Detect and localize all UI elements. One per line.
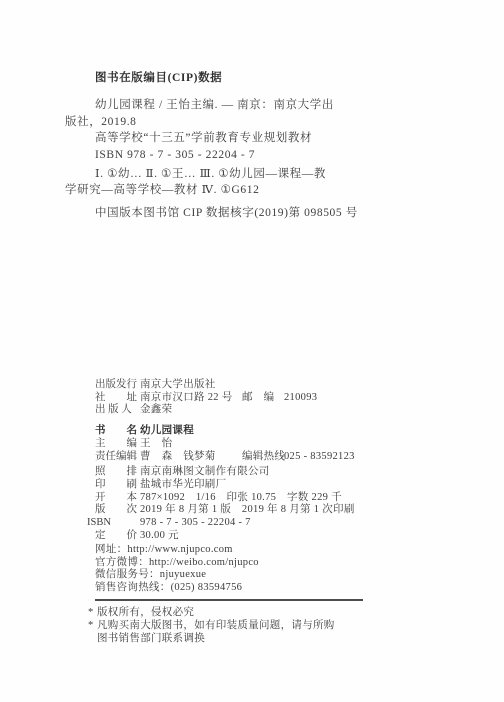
row-isbn: ISBN978 - 7 - 305 - 22204 - 7 xyxy=(95,517,443,530)
row-responsible-editor: 责任编辑曹 森 钱梦菊 编辑热线025 - 83592123 xyxy=(95,451,443,464)
row-label: 编辑热线 xyxy=(242,451,284,464)
row-value: 金鑫荣 xyxy=(140,404,172,415)
row-book-title: 书 名幼儿园课程 xyxy=(95,425,443,438)
row-label: 开 本 xyxy=(95,492,140,505)
row-value: 787×1092 1/16 印张 10.75 字数 229 千 xyxy=(140,492,342,503)
row-publisher: 出版发行南京大学出版社 xyxy=(95,379,443,392)
row-value: 盐城市华光印刷厂 xyxy=(140,479,226,490)
sales-hotline-line: 销售咨询热线：(025) 83594756 xyxy=(95,582,443,594)
cip-registration-line: 中国版本图书馆 CIP 数据核字(2019)第 098505 号 xyxy=(95,205,437,221)
row-label: 邮 编 xyxy=(242,392,284,405)
book-copyright-page: 图书在版编目(CIP)数据 幼儿园课程 / 王怡主编. — 南京：南京大学出 版… xyxy=(0,0,504,702)
row-address: 社 址南京市汉口路 22 号 邮 编210093 xyxy=(95,392,443,405)
row-right-column: 邮 编210093 xyxy=(242,392,317,405)
notice-text: 图书销售部门联系调换 xyxy=(97,633,205,644)
cip-block: 图书在版编目(CIP)数据 幼儿园课程 / 王怡主编. — 南京：南京大学出 版… xyxy=(65,70,437,221)
row-typesetting: 照 排南京南琳图文制作有限公司 xyxy=(95,466,443,479)
row-edition: 版 次2019 年 8 月第 1 版 2019 年 8 月第 1 次印刷 xyxy=(95,504,443,517)
website-line: 网址：http://www.njupco.com xyxy=(95,544,443,556)
colophon-block: 出版发行南京大学出版社 社 址南京市汉口路 22 号 邮 编210093 出 版… xyxy=(95,379,443,645)
row-label: 主 编 xyxy=(95,438,140,451)
row-right-column: 编辑热线025 - 83592123 xyxy=(242,451,355,464)
row-value: 30.00 元 xyxy=(140,530,179,541)
asterisk-marker: * xyxy=(88,619,97,632)
cip-classification-line: Ⅰ. ①幼… Ⅱ. ①王… Ⅲ. ①幼儿园—课程—教 xyxy=(95,166,437,182)
notice-text: 版权所有，侵权必究 xyxy=(97,607,194,618)
row-label: 书 名 xyxy=(95,425,140,438)
row-price: 定 价30.00 元 xyxy=(95,530,443,543)
row-value: 王 怡 xyxy=(140,438,172,449)
row-format: 开 本787×1092 1/16 印张 10.75 字数 229 千 xyxy=(95,492,443,505)
asterisk-marker: * xyxy=(88,606,97,619)
row-label: ISBN xyxy=(87,517,140,530)
quality-notice: *凡购买南大版图书，如有印装质量问题，请与所购 xyxy=(88,619,443,632)
row-value: 南京市汉口路 22 号 xyxy=(140,392,233,403)
quality-notice-continued: *图书销售部门联系调换 xyxy=(88,632,443,645)
row-label: 社 址 xyxy=(95,392,140,405)
row-label: 定 价 xyxy=(95,530,140,543)
row-value: 曹 森 钱梦菊 xyxy=(140,451,216,462)
cip-line: 版社，2019.8 xyxy=(65,114,437,130)
cip-line: 幼儿园课程 / 王怡主编. — 南京：南京大学出 xyxy=(95,97,437,113)
row-printing: 印 刷盐城市华光印刷厂 xyxy=(95,479,443,492)
row-label: 印 刷 xyxy=(95,479,140,492)
row-value: 南京南琳图文制作有限公司 xyxy=(140,466,270,477)
row-label: 出版发行 xyxy=(95,379,140,392)
row-label: 版 次 xyxy=(95,504,140,517)
contact-block: 网址：http://www.njupco.com 官方微博：http://wei… xyxy=(95,544,443,594)
row-value: 978 - 7 - 305 - 22204 - 7 xyxy=(140,517,251,528)
cip-classification-line: 学研究—高等学校—教材 Ⅳ. ①G612 xyxy=(65,182,437,198)
cip-isbn-line: ISBN 978 - 7 - 305 - 22204 - 7 xyxy=(95,147,437,163)
row-value: 2019 年 8 月第 1 版 2019 年 8 月第 1 次印刷 xyxy=(140,504,355,515)
divider-rule xyxy=(95,599,363,601)
row-value: 025 - 83592123 xyxy=(284,451,355,462)
cip-series-line: 高等学校“十三五”学前教育专业规划教材 xyxy=(95,130,437,146)
notice-block: *版权所有，侵权必究 *凡购买南大版图书，如有印装质量问题，请与所购 *图书销售… xyxy=(88,606,443,645)
row-label: 出 版 人 xyxy=(95,404,140,417)
weibo-line: 官方微博：http://weibo.com/njupco xyxy=(95,557,443,569)
copyright-notice: *版权所有，侵权必究 xyxy=(88,606,443,619)
notice-text: 凡购买南大版图书，如有印装质量问题，请与所购 xyxy=(97,620,335,631)
row-value: 南京大学出版社 xyxy=(140,379,216,390)
row-chief-editor: 主 编王 怡 xyxy=(95,438,443,451)
row-label: 责任编辑 xyxy=(95,451,140,464)
row-value: 210093 xyxy=(284,392,317,403)
row-value: 幼儿园课程 xyxy=(140,425,194,436)
row-publisher-person: 出 版 人金鑫荣 xyxy=(95,404,443,417)
wechat-line: 微信服务号：njuyuexue xyxy=(95,569,443,581)
cip-title: 图书在版编目(CIP)数据 xyxy=(95,70,437,86)
row-label: 照 排 xyxy=(95,466,140,479)
